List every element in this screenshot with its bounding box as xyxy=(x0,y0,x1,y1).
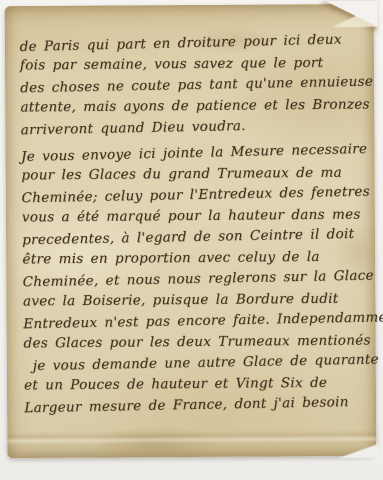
paragraph-2: Je vous envoye ici jointe la Mesure nece… xyxy=(21,141,370,418)
bottom-edge-crease xyxy=(7,430,376,444)
paragraph-1: de Paris qui part en droiture pour ici d… xyxy=(19,31,365,141)
bottom-corner-curl xyxy=(338,444,378,458)
manuscript-page: de Paris qui part en droiture pour ici d… xyxy=(5,4,377,458)
letter-photo-background: de Paris qui part en droiture pour ici d… xyxy=(0,0,383,480)
manuscript-text: de Paris qui part en droiture pour ici d… xyxy=(19,31,369,418)
page-corner-fold xyxy=(326,1,378,27)
